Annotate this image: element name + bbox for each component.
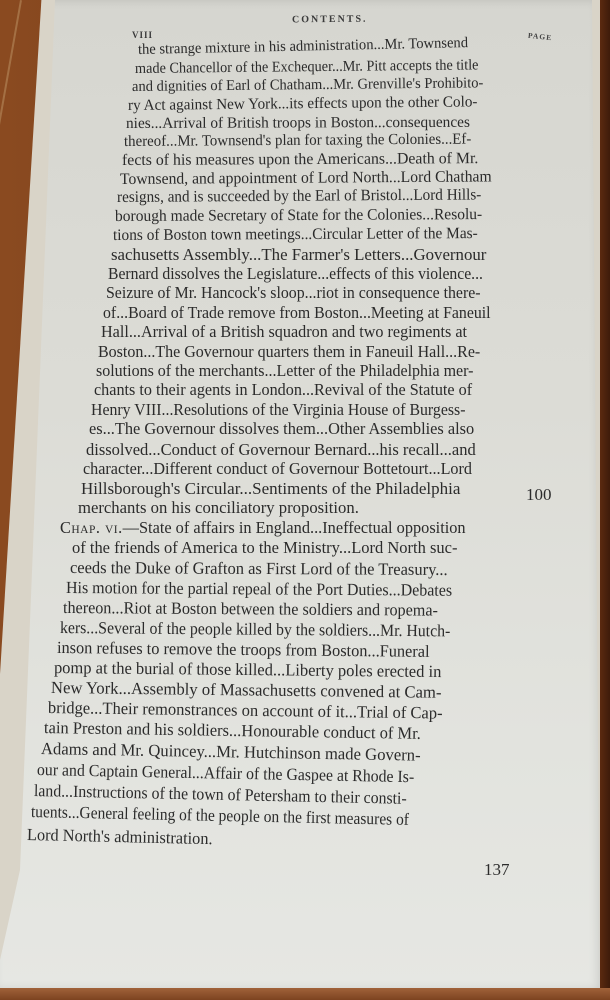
entry-line: solutions of the merchants...Letter of t…	[96, 363, 473, 380]
entry-line: Chap. vi.—State of affairs in England...…	[60, 519, 466, 536]
entry-line: Bernard dissolves the Legislature...effe…	[108, 266, 483, 283]
entry-line: Townsend, and appointment of Lord North.…	[120, 169, 492, 188]
chapter-label: Chap. vi.	[60, 518, 123, 537]
entry-line: Hillsborough's Circular...Sentiments of …	[81, 480, 460, 497]
entry-line: made Chancellor of the Exchequer...Mr. P…	[135, 58, 479, 77]
entry-line: thereof...Mr. Townsend's plan for taxing…	[124, 132, 471, 150]
entry-line: inson refuses to remove the troops from …	[57, 639, 430, 660]
entry-line: es...The Governour dissolves them...Othe…	[89, 421, 474, 438]
entry-line: sachusetts Assembly...The Farmer's Lette…	[111, 247, 486, 264]
entry-line: resigns, and is succeeded by the Earl of…	[117, 187, 481, 206]
entry-line: His motion for the partial repeal of the…	[66, 579, 452, 599]
entry-line: chants to their agents in London...Reviv…	[94, 382, 472, 399]
contents-text: CONTENTS. VIII PAGE the strange mixture …	[0, 0, 610, 1000]
entry-line: Boston...The Governour quarters them in …	[98, 344, 480, 361]
entry-line: kers...Several of the people killed by t…	[60, 619, 450, 639]
entry-line: Adams and Mr. Quincey...Mr. Hutchinson m…	[41, 740, 421, 764]
entry-line: dissolved...Conduct of Governour Bernard…	[86, 441, 476, 458]
photo-scene: CONTENTS. VIII PAGE the strange mixture …	[0, 0, 610, 1000]
entry-line: New York...Assembly of Massachusetts con…	[51, 679, 442, 701]
page-column-label: PAGE	[528, 31, 553, 42]
page-reference: 100	[526, 485, 552, 505]
entry-line: Seizure of Mr. Hancock's sloop...riot in…	[106, 285, 481, 302]
folio-number: VIII	[132, 30, 153, 40]
entry-line: and dignities of Earl of Chatham...Mr. G…	[132, 76, 484, 95]
entry-line: Hall...Arrival of a British squadron and…	[101, 324, 467, 341]
running-head: CONTENTS.	[292, 14, 368, 26]
entry-line: Lord North's administration.	[27, 826, 213, 847]
entry-line: of...Board of Trade remove from Boston..…	[103, 305, 491, 322]
entry-line: nies...Arrival of British troops in Bost…	[126, 115, 470, 132]
entry-line: tain Preston and his soldiers...Honourab…	[44, 719, 421, 742]
entry-line: borough made Secretary of State for the …	[115, 207, 482, 225]
entry-line: pomp at the burial of those killed...Lib…	[54, 659, 442, 680]
page-reference: 137	[484, 860, 510, 880]
entry-line: of the friends of America to the Ministr…	[72, 539, 457, 556]
entry-line: fects of his measures upon the Americans…	[122, 151, 478, 169]
entry-line: ry Act against New York...its effects up…	[128, 94, 478, 113]
entry-line: merchants on his conciliatory propositio…	[78, 499, 359, 516]
entry-line: Henry VIII...Resolutions of the Virginia…	[91, 402, 465, 419]
entry-line-text: —State of affairs in England...Ineffectu…	[123, 518, 466, 537]
entry-line: the strange mixture in his administratio…	[138, 35, 518, 58]
entry-line: tuents...General feeling of the people o…	[31, 803, 409, 828]
entry-line: ceeds the Duke of Grafton as First Lord …	[70, 559, 448, 578]
entry-line: character...Different conduct of Governo…	[83, 460, 472, 477]
entry-line: thereon...Riot at Boston between the sol…	[63, 599, 438, 619]
entry-line: tions of Boston town meetings...Circular…	[113, 226, 478, 244]
